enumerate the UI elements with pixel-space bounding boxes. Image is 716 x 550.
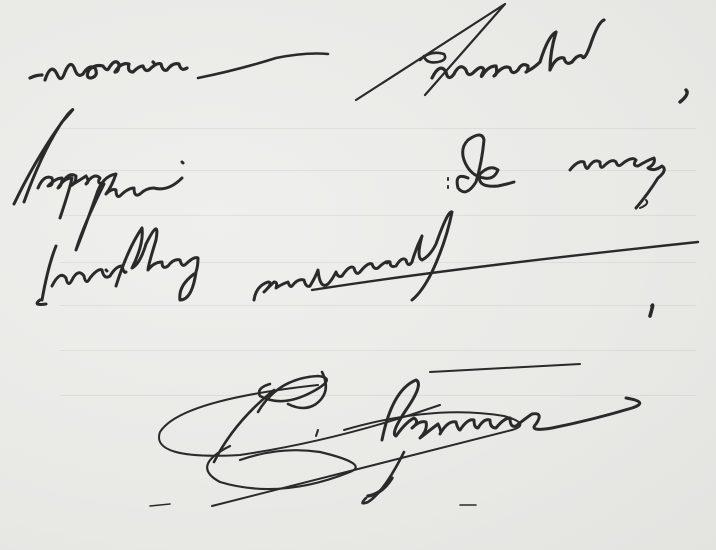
handwritten-line-3 [37, 212, 698, 316]
handwriting [0, 0, 716, 550]
handwritten-line-2 [14, 110, 664, 251]
signature-drawing [150, 364, 640, 506]
handwritten-line-1 [30, 4, 687, 102]
